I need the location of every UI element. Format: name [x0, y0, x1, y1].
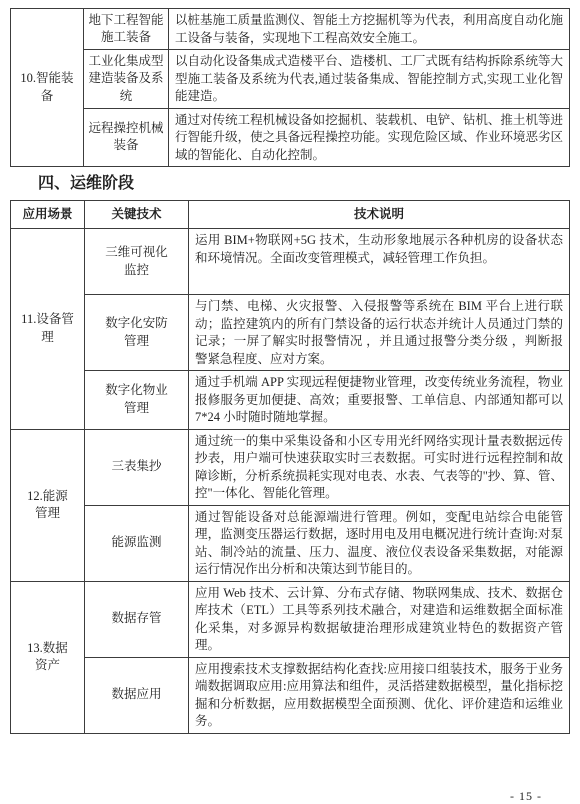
tech-cell: 数据应用 [85, 657, 189, 733]
desc-cell: 通过手机端 APP 实现远程便捷物业管理，改变传统业务流程，物业报修服务更加便捷… [189, 371, 570, 430]
desc-cell: 运用 BIM+物联网+5G 技术，生动形象地展示各种机房的设备状态和环境情况。全… [189, 229, 570, 295]
desc-cell: 通过智能设备对总能源端进行管理。例如，变配电站综合电能管理，监测变压器运行数据，… [189, 505, 570, 581]
smart-equipment-table: 10.智能装 备 地下工程智能 施工装备 以桩基施工质量监测仪、智能土方挖掘机等… [10, 8, 570, 167]
page-number: - 15 - [10, 789, 570, 804]
table-row: 10.智能装 备 地下工程智能 施工装备 以桩基施工质量监测仪、智能土方挖掘机等… [11, 9, 570, 50]
section-heading: 四、运维阶段 [38, 174, 570, 193]
tech-cell: 远程操控机械 装备 [84, 108, 169, 167]
desc-cell: 应用 Web 技术、云计算、分布式存储、物联网集成、技术、数据仓库技术（ETL）… [189, 581, 570, 657]
header-tech: 关键技术 [85, 201, 189, 229]
tech-cell: 数据存管 [85, 581, 189, 657]
tech-cell: 能源监测 [85, 505, 189, 581]
table-header-row: 应用场景 关键技术 技术说明 [11, 201, 570, 229]
tech-cell: 三表集抄 [85, 429, 189, 505]
table-row: 能源监测 通过智能设备对总能源端进行管理。例如，变配电站综合电能管理，监测变压器… [11, 505, 570, 581]
tech-cell: 数字化物业 管理 [85, 371, 189, 430]
scene-cell: 10.智能装 备 [11, 9, 84, 167]
document-page: 10.智能装 备 地下工程智能 施工装备 以桩基施工质量监测仪、智能土方挖掘机等… [0, 0, 580, 782]
desc-cell: 应用搜索技术支撑数据结构化查找:应用接口组装技术，服务于业务端数据调取应用:应用… [189, 657, 570, 733]
tech-cell: 三维可视化 监控 [85, 229, 189, 295]
table-row: 工业化集成型 建造装备及系 统 以自动化设备集成式造楼平台、造楼机、工厂式既有结… [11, 50, 570, 109]
desc-cell: 通过对传统工程机械设备如挖掘机、装载机、电铲、钻机、推土机等进行智能升级，使之具… [169, 108, 570, 167]
table-row: 数字化物业 管理 通过手机端 APP 实现远程便捷物业管理，改变传统业务流程，物… [11, 371, 570, 430]
desc-cell: 通过统一的集中采集设备和小区专用光纤网络实现计量表数据远传抄表，用户端可快速获取… [189, 429, 570, 505]
desc-cell: 与门禁、电梯、火灾报警、入侵报警等系统在 BIM 平台上进行联动；监控建筑内的所… [189, 295, 570, 371]
table-row: 远程操控机械 装备 通过对传统工程机械设备如挖掘机、装载机、电铲、钻机、推土机等… [11, 108, 570, 167]
header-scene: 应用场景 [11, 201, 85, 229]
tech-cell: 工业化集成型 建造装备及系 统 [84, 50, 169, 109]
desc-cell: 以桩基施工质量监测仪、智能土方挖掘机等为代表，利用高度自动化施工设备与装备，实现… [169, 9, 570, 50]
operation-phase-table: 应用场景 关键技术 技术说明 11.设备管 理 三维可视化 监控 运用 BIM+… [10, 200, 570, 734]
scene-cell: 12.能源 管理 [11, 429, 85, 581]
scene-cell: 13.数据 资产 [11, 581, 85, 733]
table-row: 12.能源 管理 三表集抄 通过统一的集中采集设备和小区专用光纤网络实现计量表数… [11, 429, 570, 505]
desc-cell: 以自动化设备集成式造楼平台、造楼机、工厂式既有结构拆除系统等大型施工装备及系统为… [169, 50, 570, 109]
header-desc: 技术说明 [189, 201, 570, 229]
scene-cell: 11.设备管 理 [11, 229, 85, 430]
tech-cell: 数字化安防 管理 [85, 295, 189, 371]
tech-cell: 地下工程智能 施工装备 [84, 9, 169, 50]
table-row: 数字化安防 管理 与门禁、电梯、火灾报警、入侵报警等系统在 BIM 平台上进行联… [11, 295, 570, 371]
table-row: 13.数据 资产 数据存管 应用 Web 技术、云计算、分布式存储、物联网集成、… [11, 581, 570, 657]
table-row: 数据应用 应用搜索技术支撑数据结构化查找:应用接口组装技术，服务于业务端数据调取… [11, 657, 570, 733]
table-row: 11.设备管 理 三维可视化 监控 运用 BIM+物联网+5G 技术，生动形象地… [11, 229, 570, 295]
